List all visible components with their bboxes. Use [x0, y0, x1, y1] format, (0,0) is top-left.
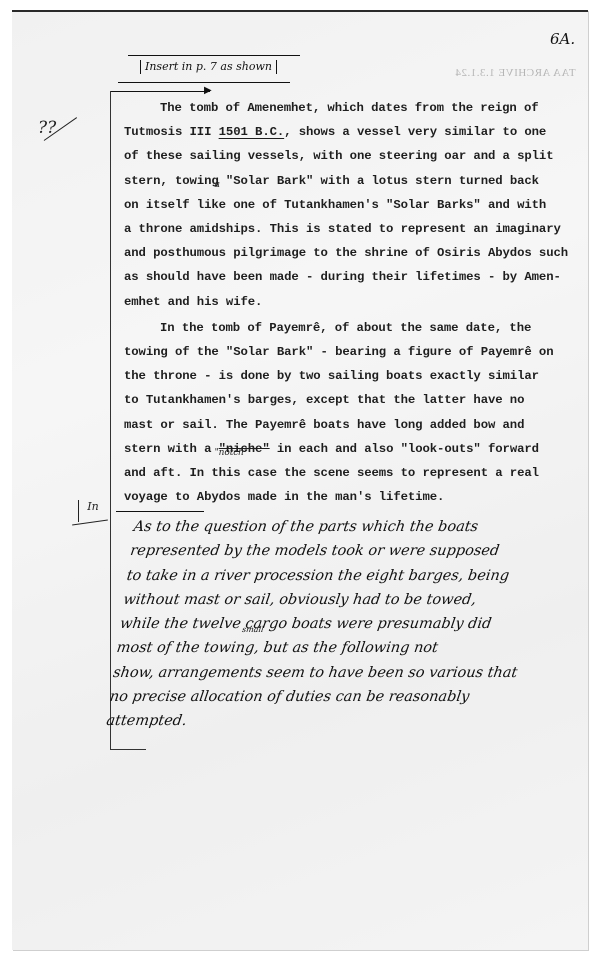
insert-arrow-line — [110, 91, 210, 92]
typed-text: The tomb of Amenemhet, which dates from … — [124, 96, 554, 509]
insert-note-rule — [118, 82, 290, 83]
handwritten-line: while the twelvesmall cargo boats were p… — [118, 612, 561, 636]
text-line: mast or sail. The Payemrê boats have lon… — [124, 413, 554, 437]
handwritten-line: show, arrangements seem to have been so … — [111, 661, 554, 685]
paragraph-payemre: In the tomb of Payemrê, of about the sam… — [124, 316, 554, 510]
handwritten-rule — [116, 511, 204, 512]
text-line: as should have been made - during their … — [124, 265, 554, 289]
text-line: to Tutankhamen's barges, except that the… — [124, 388, 554, 412]
text-line: and aft. In this case the scene seems to… — [124, 461, 554, 485]
arrow-right-icon: ▶ — [204, 85, 212, 96]
text-line: stern, towinga "Solar Bark" with a lotus… — [124, 169, 554, 193]
text-line: towing of the "Solar Bark" - bearing a f… — [124, 340, 554, 364]
page-number: 6A. — [550, 30, 575, 48]
text-line: voyage to Abydos made in the man's lifet… — [124, 485, 554, 509]
text-line: on itself like one of Tutankhamen's "Sol… — [124, 193, 554, 217]
handwritten-line: no precise allocation of duties can be r… — [108, 685, 551, 709]
handwritten-line: without mast or sail, obviously had to b… — [122, 588, 565, 612]
paragraph-amenemhet: The tomb of Amenemhet, which dates from … — [124, 96, 554, 314]
text-line: of these sailing vessels, with one steer… — [124, 144, 554, 168]
handwritten-line: As to the question of the parts which th… — [132, 515, 575, 539]
text-line: emhet and his wife. — [124, 290, 554, 314]
text-line: Tutmosis III 1501 B.C., shows a vessel v… — [124, 120, 554, 144]
insert-bracket — [110, 91, 111, 749]
text-line: In the tomb of Payemrê, of about the sam… — [124, 316, 554, 340]
text-line: stern with a "notch""niche" in each and … — [124, 437, 554, 461]
underlined-date: 1501 B.C. — [219, 125, 285, 139]
text-line: The tomb of Amenemhet, which dates from … — [124, 96, 554, 120]
handwritten-line: most of the towing, but as the following… — [115, 636, 558, 660]
text-line: a throne amidships. This is stated to re… — [124, 217, 554, 241]
insert-bracket-end — [110, 749, 146, 750]
handwritten-line: to take in a river procession the eight … — [125, 564, 568, 588]
handwritten-line: represented by the models took or were s… — [129, 539, 572, 563]
handwritten-insert: As to the question of the parts which th… — [105, 515, 576, 734]
handwritten-line: attempted. — [105, 709, 548, 733]
margin-query-marks: ?? — [38, 118, 56, 138]
insert-note-rule — [128, 55, 300, 56]
margin-insert-mark: In — [78, 500, 107, 522]
text-line: the throne - is done by two sailing boat… — [124, 364, 554, 388]
insert-note: Insert in p. 7 as shown — [140, 60, 277, 74]
text-line: and posthumous pilgrimage to the shrine … — [124, 241, 554, 265]
archive-stamp: TAA ARCHIVE 1.3.1.24 — [455, 67, 576, 79]
